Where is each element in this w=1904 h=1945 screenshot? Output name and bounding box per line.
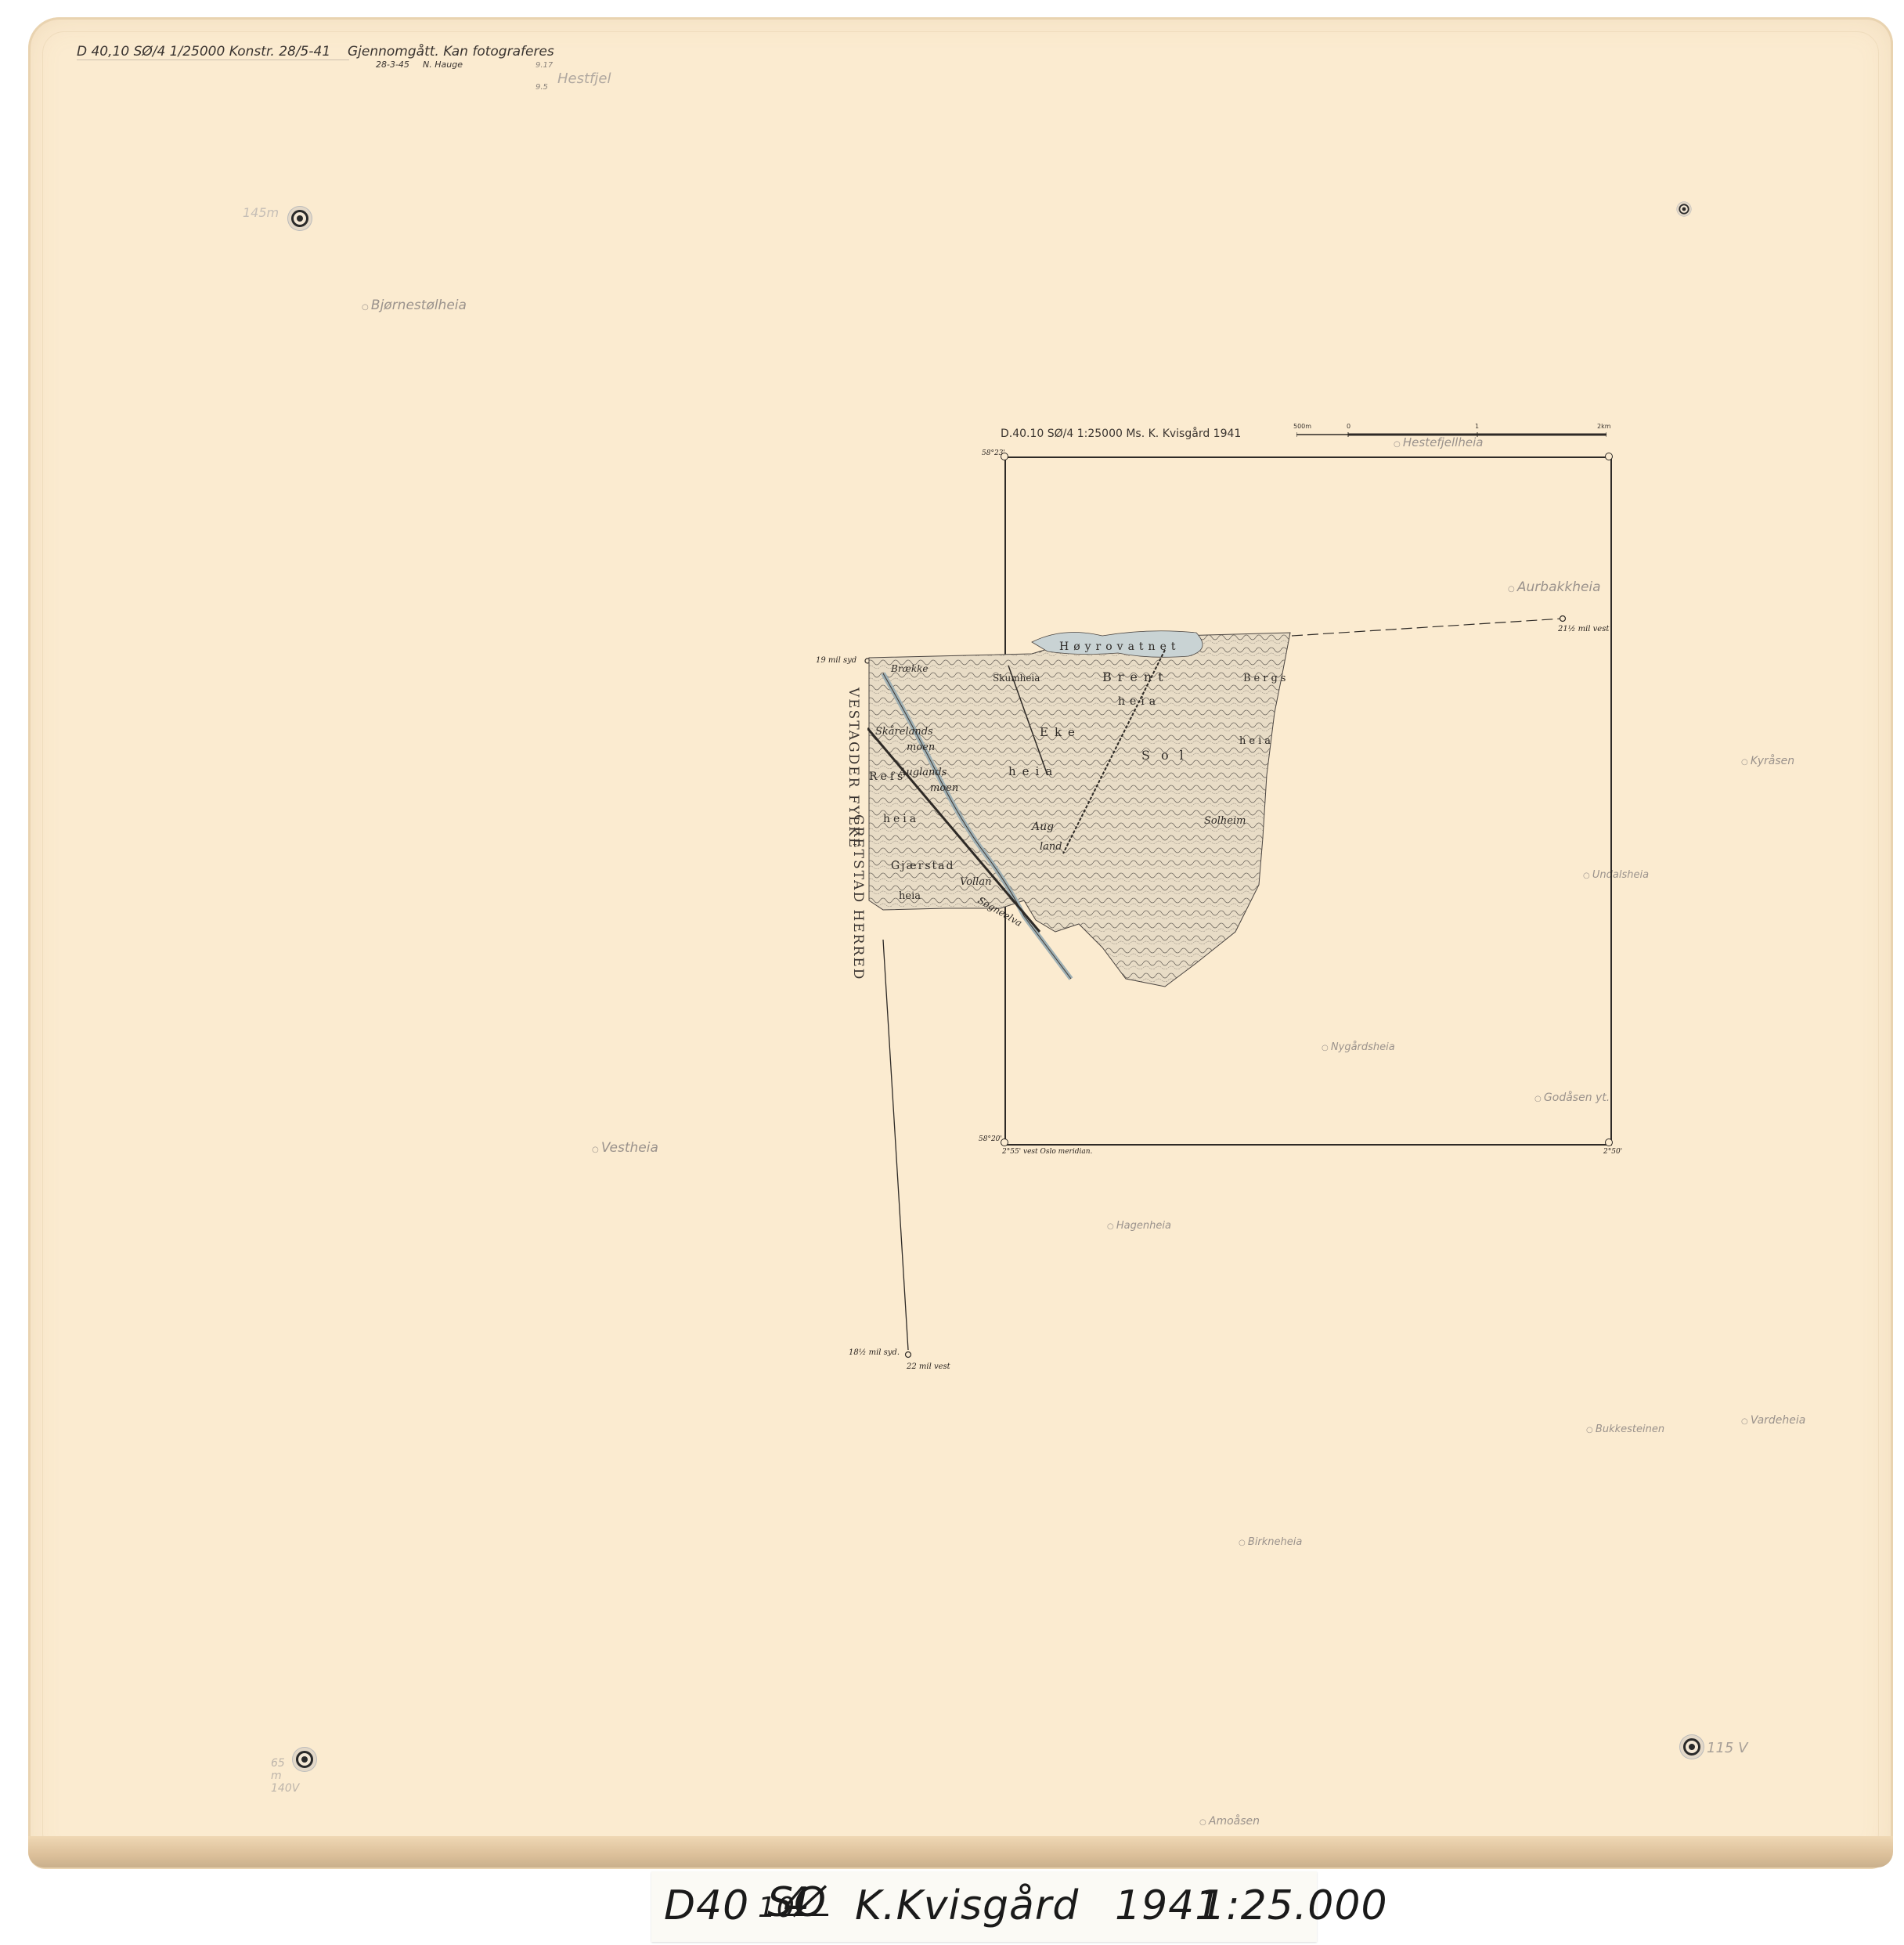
offset-label: 22 mil vest [907, 1362, 950, 1371]
review-note: Gjennomgått. Kan fotograferes [348, 44, 554, 60]
corner-marker-icon [1605, 453, 1613, 460]
svg-text:Brent: Brent [1102, 669, 1170, 684]
label-sheet: D40 [664, 1882, 749, 1929]
scale-label: 0 [1347, 423, 1350, 430]
offset-label: 21½ mil vest [1558, 625, 1609, 633]
sheet-construction-note: D 40,10 SØ/4 1/25000 Konstr. 28/5-41 [77, 44, 349, 60]
offset-label: 18½ mil syd. [849, 1348, 900, 1357]
svg-text:Aug: Aug [1030, 821, 1054, 833]
place-name: Birkneheia [1239, 1536, 1302, 1548]
svg-text:Vollan: Vollan [960, 876, 991, 888]
svg-text:moen: moen [907, 742, 935, 753]
benchmark-note: 115 V [1707, 1740, 1747, 1756]
corner-name: Hestfjel [557, 70, 611, 87]
topographic-map-fragment: Brække Skumheia Brent heia Skårelands mo… [867, 619, 1337, 994]
place-name: Kyråsen [1741, 755, 1794, 767]
place-name: Hestefjellheia [1394, 435, 1483, 449]
scale-label: 500m [1293, 423, 1311, 430]
small-mark: 9.5 [535, 83, 548, 92]
benchmark-icon [291, 210, 308, 227]
svg-text:heia: heia [1118, 695, 1160, 708]
benchmark-icon [1679, 204, 1689, 214]
scale-label: 2km [1597, 423, 1611, 430]
review-date: 28-3-45 [376, 60, 409, 70]
quadrant-bottom: 4 [784, 1892, 810, 1914]
svg-text:Høyrovatnet: Høyrovatnet [1059, 641, 1180, 653]
reviewer-name: N. Hauge [423, 60, 463, 70]
label-scale: 1:25.000 [1199, 1882, 1388, 1929]
scale-bar [1296, 432, 1606, 437]
svg-text:Skumheia: Skumheia [993, 673, 1040, 684]
scale-label: 1 [1475, 423, 1479, 430]
svg-text:heia: heia [1239, 735, 1274, 747]
fragment-place: Brække [890, 663, 928, 674]
place-name: Hagenheia [1107, 1220, 1171, 1232]
svg-text:Eke: Eke [1040, 725, 1081, 739]
place-name: Vestheia [592, 1140, 658, 1156]
latitude-label: 58°23' [982, 449, 1005, 457]
place-name: Bukkesteinen [1586, 1424, 1664, 1435]
svg-text:heia: heia [899, 890, 921, 902]
benchmark-note: 145m [243, 205, 279, 220]
svg-text:heia: heia [1008, 764, 1058, 778]
sheet-label-strip: D40 10 SØ 4 K.Kvisgård 1941 1:25.000 [651, 1871, 1317, 1942]
benchmark-note: 65 m 140V [271, 1757, 294, 1795]
map-sheet-title: D.40.10 SØ/4 1:25000 Ms. K. Kvisgård 194… [1001, 428, 1241, 440]
benchmark-icon [296, 1751, 313, 1768]
district-label: GRETSTAD HERRED [850, 814, 866, 980]
benchmark-icon [1683, 1738, 1700, 1756]
svg-text:heia: heia [883, 813, 919, 825]
svg-text:Solheim: Solheim [1204, 815, 1246, 827]
offset-label: 19 mil syd [816, 656, 856, 665]
svg-text:Sol: Sol [1141, 748, 1195, 763]
small-mark: 9.17 [535, 61, 553, 70]
svg-text:land: land [1040, 841, 1062, 853]
svg-text:Bergs: Bergs [1243, 673, 1289, 684]
longitude-label: 2°50' [1603, 1148, 1622, 1156]
svg-text:Skårelands: Skårelands [875, 725, 933, 738]
board-bottom-edge [28, 1836, 1893, 1867]
latitude-label: 58°20' [979, 1135, 1002, 1143]
label-author: K.Kvisgård [855, 1882, 1079, 1929]
corner-marker-icon [1605, 1138, 1613, 1146]
place-name: Vardeheia [1741, 1414, 1805, 1427]
svg-text:moen: moen [930, 782, 958, 794]
place-name: Amoåsen [1199, 1815, 1260, 1828]
place-name: Bjørnestølheia [362, 298, 467, 313]
longitude-label: 2°55' vest Oslo meridian. [1002, 1148, 1092, 1156]
svg-text:Refs: Refs [869, 770, 906, 783]
svg-text:Gjærstad: Gjærstad [891, 860, 955, 872]
